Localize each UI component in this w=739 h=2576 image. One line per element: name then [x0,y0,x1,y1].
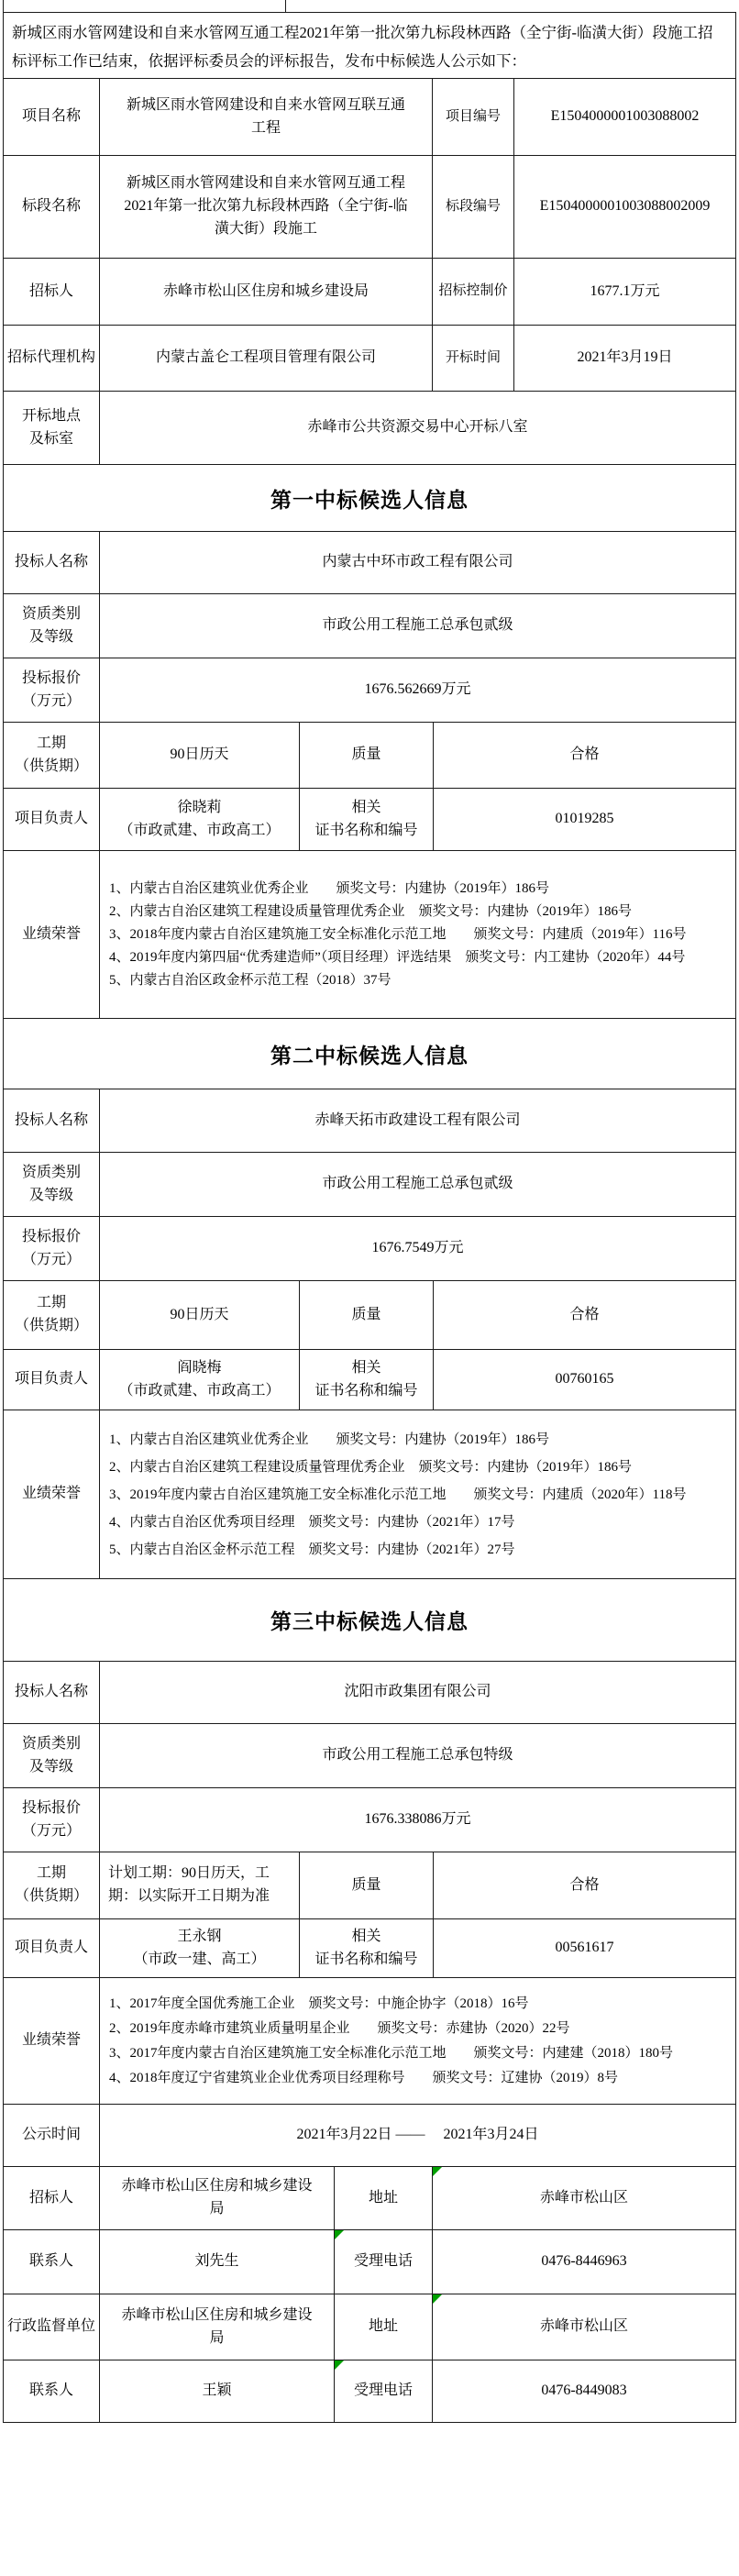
phone-label: 受理电话 [335,2230,433,2294]
quality-label: 质量 [300,723,434,788]
candidate-3-price-row: 投标报价 （万元） 1676.338086万元 [4,1788,735,1852]
quality-label: 质量 [300,1281,434,1349]
candidate-1-bidder-row: 投标人名称 内蒙古中环市政工程有限公司 [4,532,735,594]
honors-label: 业绩荣誉 [4,851,100,1018]
address-label: 地址 [335,2294,433,2360]
quality-label: 质量 [300,1852,434,1918]
duration-value: 计划工期：90日历天，工期：以实际开工日期为准 [100,1852,300,1918]
section-name-row: 标段名称 新城区雨水管网建设和自来水管网互通工程2021年第一批次第九标段林西路… [4,156,735,259]
candidate-2-price-row: 投标报价 （万元） 1676.7549万元 [4,1217,735,1281]
honors-value: 1、内蒙古自治区建筑业优秀企业 颁奖文号：内建协（2019年）186号 2、内蒙… [100,851,735,1018]
manager-label: 项目负责人 [4,1919,100,1977]
contact-label: 联系人 [4,2360,100,2422]
section-code-value: E1504000001003088002009 [514,156,735,258]
tenderer-row: 招标人 赤峰市松山区住房和城乡建设局 招标控制价 1677.1万元 [4,259,735,326]
agency-label: 招标代理机构 [4,326,100,391]
cert-value: 01019285 [434,789,735,850]
address-label: 地址 [335,2167,433,2229]
cert-label: 相关 证书名称和编号 [300,1350,434,1410]
opening-time-label: 开标时间 [433,326,514,391]
footer-tenderer-row: 招标人 赤峰市松山区住房和城乡建设局 地址 赤峰市松山区 [4,2167,735,2230]
contact-label: 联系人 [4,2230,100,2294]
bidder-label: 投标人名称 [4,1089,100,1152]
candidate-2-honors-row: 业绩荣誉 1、内蒙古自治区建筑业优秀企业 颁奖文号：内建协（2019年）186号… [4,1410,735,1579]
price-label: 投标报价 （万元） [4,1217,100,1280]
candidate-3-bidder-row: 投标人名称 沈阳市政集团有限公司 [4,1662,735,1724]
cert-value: 00760165 [434,1350,735,1410]
candidate-3-duration-row: 工期 （供货期） 计划工期：90日历天，工期：以实际开工日期为准 质量 合格 [4,1852,735,1919]
qualification-value: 市政公用工程施工总承包贰级 [100,594,735,658]
contact-row-1: 联系人 刘先生 受理电话 0476-8446963 [4,2230,735,2294]
project-name-value: 新城区雨水管网建设和自来水管网互联互通工程 [100,79,433,155]
manager-value: 王永钢 （市政一建、高工） [100,1919,300,1977]
qualification-value: 市政公用工程施工总承包贰级 [100,1153,735,1216]
manager-label: 项目负责人 [4,789,100,850]
project-code-value: E1504000001003088002 [514,79,735,155]
opening-time-value: 2021年3月19日 [514,326,735,391]
candidate-2-title: 第二中标候选人信息 [4,1019,735,1089]
honors-value: 1、内蒙古自治区建筑业优秀企业 颁奖文号：内建协（2019年）186号 2、内蒙… [100,1410,735,1578]
cert-label: 相关 证书名称和编号 [300,789,434,850]
candidate-1-duration-row: 工期 （供货期） 90日历天 质量 合格 [4,723,735,789]
cert-value: 00561617 [434,1919,735,1977]
opening-place-row: 开标地点 及标室 赤峰市公共资源交易中心开标八室 [4,392,735,465]
address-value: 赤峰市松山区 [433,2294,735,2360]
candidate-1-qualification-row: 资质类别 及等级 市政公用工程施工总承包贰级 [4,594,735,658]
honors-label: 业绩荣誉 [4,1410,100,1578]
quality-value: 合格 [434,1281,735,1349]
candidate-3-manager-row: 项目负责人 王永钢 （市政一建、高工） 相关 证书名称和编号 00561617 [4,1919,735,1978]
qualification-label: 资质类别 及等级 [4,1153,100,1216]
candidate-3-title: 第三中标候选人信息 [4,1579,735,1662]
price-value: 1676.7549万元 [100,1217,735,1280]
footer-tenderer-value: 赤峰市松山区住房和城乡建设局 [100,2167,335,2229]
candidate-2-duration-row: 工期 （供货期） 90日历天 质量 合格 [4,1281,735,1350]
candidate-1-price-row: 投标报价 （万元） 1676.562669万元 [4,658,735,723]
manager-value: 徐晓莉 （市政贰建、市政高工） [100,789,300,850]
qualification-label: 资质类别 及等级 [4,1724,100,1787]
manager-value: 阎晓梅 （市政贰建、市政高工） [100,1350,300,1410]
opening-place-value: 赤峰市公共资源交易中心开标八室 [100,392,735,464]
duration-value: 90日历天 [100,723,300,788]
candidate-1-honors-row: 业绩荣誉 1、内蒙古自治区建筑业优秀企业 颁奖文号：内建协（2019年）186号… [4,851,735,1019]
publicity-period-value: 2021年3月22日 —— 2021年3月24日 [100,2105,735,2166]
bidder-label: 投标人名称 [4,532,100,593]
price-value: 1676.562669万元 [100,658,735,722]
manager-label: 项目负责人 [4,1350,100,1410]
duration-label: 工期 （供货期） [4,1852,100,1918]
supervisor-label: 行政监督单位 [4,2294,100,2360]
candidate-2-bidder-row: 投标人名称 赤峰天拓市政建设工程有限公司 [4,1089,735,1153]
bidder-value: 赤峰天拓市政建设工程有限公司 [100,1089,735,1152]
footer-tenderer-label: 招标人 [4,2167,100,2229]
price-value: 1676.338086万元 [100,1788,735,1852]
candidate-2-manager-row: 项目负责人 阎晓梅 （市政贰建、市政高工） 相关 证书名称和编号 0076016… [4,1350,735,1410]
duration-label: 工期 （供货期） [4,723,100,788]
bidder-value: 沈阳市政集团有限公司 [100,1662,735,1723]
supervisor-row: 行政监督单位 赤峰市松山区住房和城乡建设局 地址 赤峰市松山区 [4,2294,735,2360]
control-price-value: 1677.1万元 [514,259,735,325]
duration-value: 90日历天 [100,1281,300,1349]
candidate-1-manager-row: 项目负责人 徐晓莉 （市政贰建、市政高工） 相关 证书名称和编号 0101928… [4,789,735,851]
contact-name: 王颖 [100,2360,335,2422]
publicity-period-row: 公示时间 2021年3月22日 —— 2021年3月24日 [4,2105,735,2167]
qualification-label: 资质类别 及等级 [4,594,100,658]
contact-row-2: 联系人 王颖 受理电话 0476-8449083 [4,2360,735,2422]
top-remnant-row [3,0,736,12]
candidate-3-honors-row: 业绩荣誉 1、2017年度全国优秀施工企业 颁奖文号：中施企协字（2018）16… [4,1978,735,2105]
control-price-label: 招标控制价 [433,259,514,325]
opening-place-label: 开标地点 及标室 [4,392,100,464]
candidate-1-title: 第一中标候选人信息 [4,465,735,532]
publicity-period-label: 公示时间 [4,2105,100,2166]
project-name-label: 项目名称 [4,79,100,155]
top-remnant-divider [285,0,286,12]
contact-name: 刘先生 [100,2230,335,2294]
announcement-table: 新城区雨水管网建设和自来水管网互通工程2021年第一批次第九标段林西路（全宁街-… [3,12,736,2423]
tenderer-label: 招标人 [4,259,100,325]
section-code-label: 标段编号 [433,156,514,258]
bidder-value: 内蒙古中环市政工程有限公司 [100,532,735,593]
phone-value: 0476-8449083 [433,2360,735,2422]
tenderer-value: 赤峰市松山区住房和城乡建设局 [100,259,433,325]
quality-value: 合格 [434,1852,735,1918]
price-label: 投标报价 （万元） [4,658,100,722]
agency-row: 招标代理机构 内蒙古盖仑工程项目管理有限公司 开标时间 2021年3月19日 [4,326,735,392]
bidder-label: 投标人名称 [4,1662,100,1723]
project-code-label: 项目编号 [433,79,514,155]
intro-paragraph: 新城区雨水管网建设和自来水管网互通工程2021年第一批次第九标段林西路（全宁街-… [4,13,735,79]
supervisor-value: 赤峰市松山区住房和城乡建设局 [100,2294,335,2360]
phone-value: 0476-8446963 [433,2230,735,2294]
price-label: 投标报价 （万元） [4,1788,100,1852]
cert-label: 相关 证书名称和编号 [300,1919,434,1977]
candidate-2-qualification-row: 资质类别 及等级 市政公用工程施工总承包贰级 [4,1153,735,1217]
quality-value: 合格 [434,723,735,788]
duration-label: 工期 （供货期） [4,1281,100,1349]
project-name-row: 项目名称 新城区雨水管网建设和自来水管网互联互通工程 项目编号 E1504000… [4,79,735,156]
honors-label: 业绩荣誉 [4,1978,100,2104]
phone-label: 受理电话 [335,2360,433,2422]
agency-value: 内蒙古盖仑工程项目管理有限公司 [100,326,433,391]
section-name-label: 标段名称 [4,156,100,258]
address-value: 赤峰市松山区 [433,2167,735,2229]
section-name-value: 新城区雨水管网建设和自来水管网互通工程2021年第一批次第九标段林西路（全宁街-… [100,156,433,258]
qualification-value: 市政公用工程施工总承包特级 [100,1724,735,1787]
announcement-document: 新城区雨水管网建设和自来水管网互通工程2021年第一批次第九标段林西路（全宁街-… [0,0,739,2576]
candidate-3-qualification-row: 资质类别 及等级 市政公用工程施工总承包特级 [4,1724,735,1788]
honors-value: 1、2017年度全国优秀施工企业 颁奖文号：中施企协字（2018）16号 2、2… [100,1978,735,2104]
